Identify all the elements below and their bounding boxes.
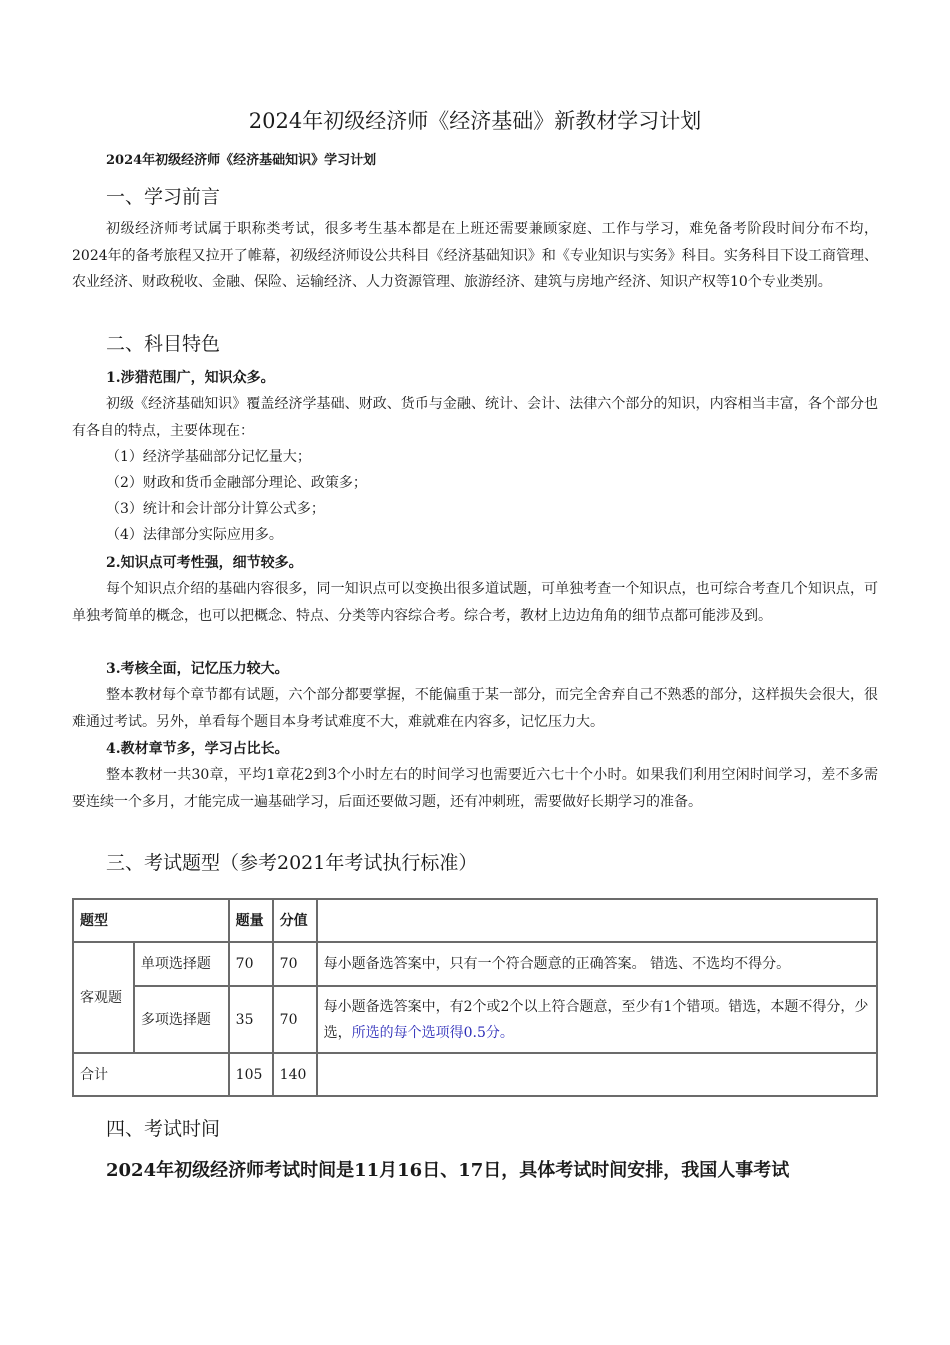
section-heading-intro: 一、学习前言 [106, 183, 220, 211]
feature-2-paragraph: 每个知识点介绍的基础内容很多，同一知识点可以变换出很多道试题，可单独考查一个知识… [72, 576, 878, 629]
header-desc [317, 899, 877, 942]
header-type: 题型 [73, 899, 229, 942]
feature-1-title: 1.涉猎范围广，知识众多。 [106, 367, 275, 389]
row-desc-highlight: 所选的每个选项得0.5分。 [352, 1025, 514, 1041]
feature-3-title: 3.考核全面，记忆压力较大。 [106, 658, 289, 680]
feature-2-title: 2.知识点可考性强，细节较多。 [106, 552, 303, 574]
feature-1-paragraph: 初级《经济基础知识》覆盖经济学基础、财政、货币与金融、统计、会计、法律六个部分的… [72, 391, 878, 444]
feature-1-item-4: （4）法律部分实际应用多。 [106, 524, 283, 546]
document-subtitle: 2024年初级经济师《经济基础知识》学习计划 [106, 151, 376, 171]
row-type: 多项选择题 [134, 986, 229, 1053]
feature-4-title: 4.教材章节多，学习占比长。 [106, 738, 289, 760]
document-page: 2024年初级经济师《经济基础》新教材学习计划 2024年初级经济师《经济基础知… [0, 0, 950, 1345]
row-score: 70 [273, 942, 317, 986]
row-type: 单项选择题 [134, 942, 229, 986]
total-count: 105 [229, 1053, 273, 1096]
header-score: 分值 [273, 899, 317, 942]
row-count: 35 [229, 986, 273, 1053]
table-row: 客观题 单项选择题 70 70 每小题备选答案中，只有一个符合题意的正确答案。 … [73, 942, 877, 986]
intro-paragraph: 初级经济师考试属于职称类考试，很多考生基本都是在上班还需要兼顾家庭、工作与学习，… [72, 216, 878, 296]
section-heading-exam-types: 三、考试题型（参考2021年考试执行标准） [106, 849, 477, 877]
feature-1-item-2: （2）财政和货币金融部分理论、政策多； [106, 472, 367, 494]
table-header-row: 题型 题量 分值 [73, 899, 877, 942]
row-desc: 每小题备选答案中，有2个或2个以上符合题意，至少有1个错项。错选，本题不得分，少… [317, 986, 877, 1053]
group-objective: 客观题 [73, 942, 134, 1053]
total-label: 合计 [73, 1053, 229, 1096]
exam-types-table: 题型 题量 分值 客观题 单项选择题 70 70 每小题备选答案中，只有一个符合… [72, 898, 878, 1097]
total-score: 140 [273, 1053, 317, 1096]
table-row: 多项选择题 35 70 每小题备选答案中，有2个或2个以上符合题意，至少有1个错… [73, 986, 877, 1053]
row-desc: 每小题备选答案中，只有一个符合题意的正确答案。 错选、不选均不得分。 [317, 942, 877, 986]
row-desc-text: 每小题备选答案中，只有一个符合题意的正确答案。 错选、不选均不得分。 [324, 956, 790, 972]
section-heading-features: 二、科目特色 [106, 330, 220, 358]
feature-3-paragraph: 整本教材每个章节都有试题，六个部分都要掌握，不能偏重于某一部分，而完全舍弃自己不… [72, 682, 878, 735]
section-heading-exam-time: 四、考试时间 [106, 1115, 220, 1143]
row-count: 70 [229, 942, 273, 986]
feature-1-item-1: （1）经济学基础部分记忆量大； [106, 446, 311, 468]
row-score: 70 [273, 986, 317, 1053]
feature-1-item-3: （3）统计和会计部分计算公式多； [106, 498, 325, 520]
document-title: 2024年初级经济师《经济基础》新教材学习计划 [0, 106, 950, 136]
feature-4-paragraph: 整本教材一共30章，平均1章花2到3个小时左右的时间学习也需要近六七十个小时。如… [72, 762, 878, 815]
table-total-row: 合计 105 140 [73, 1053, 877, 1096]
exam-time-paragraph: 2024年初级经济师考试时间是11月16日、17日，具体考试时间安排，我国人事考… [106, 1157, 789, 1185]
total-desc [317, 1053, 877, 1096]
header-count: 题量 [229, 899, 273, 942]
